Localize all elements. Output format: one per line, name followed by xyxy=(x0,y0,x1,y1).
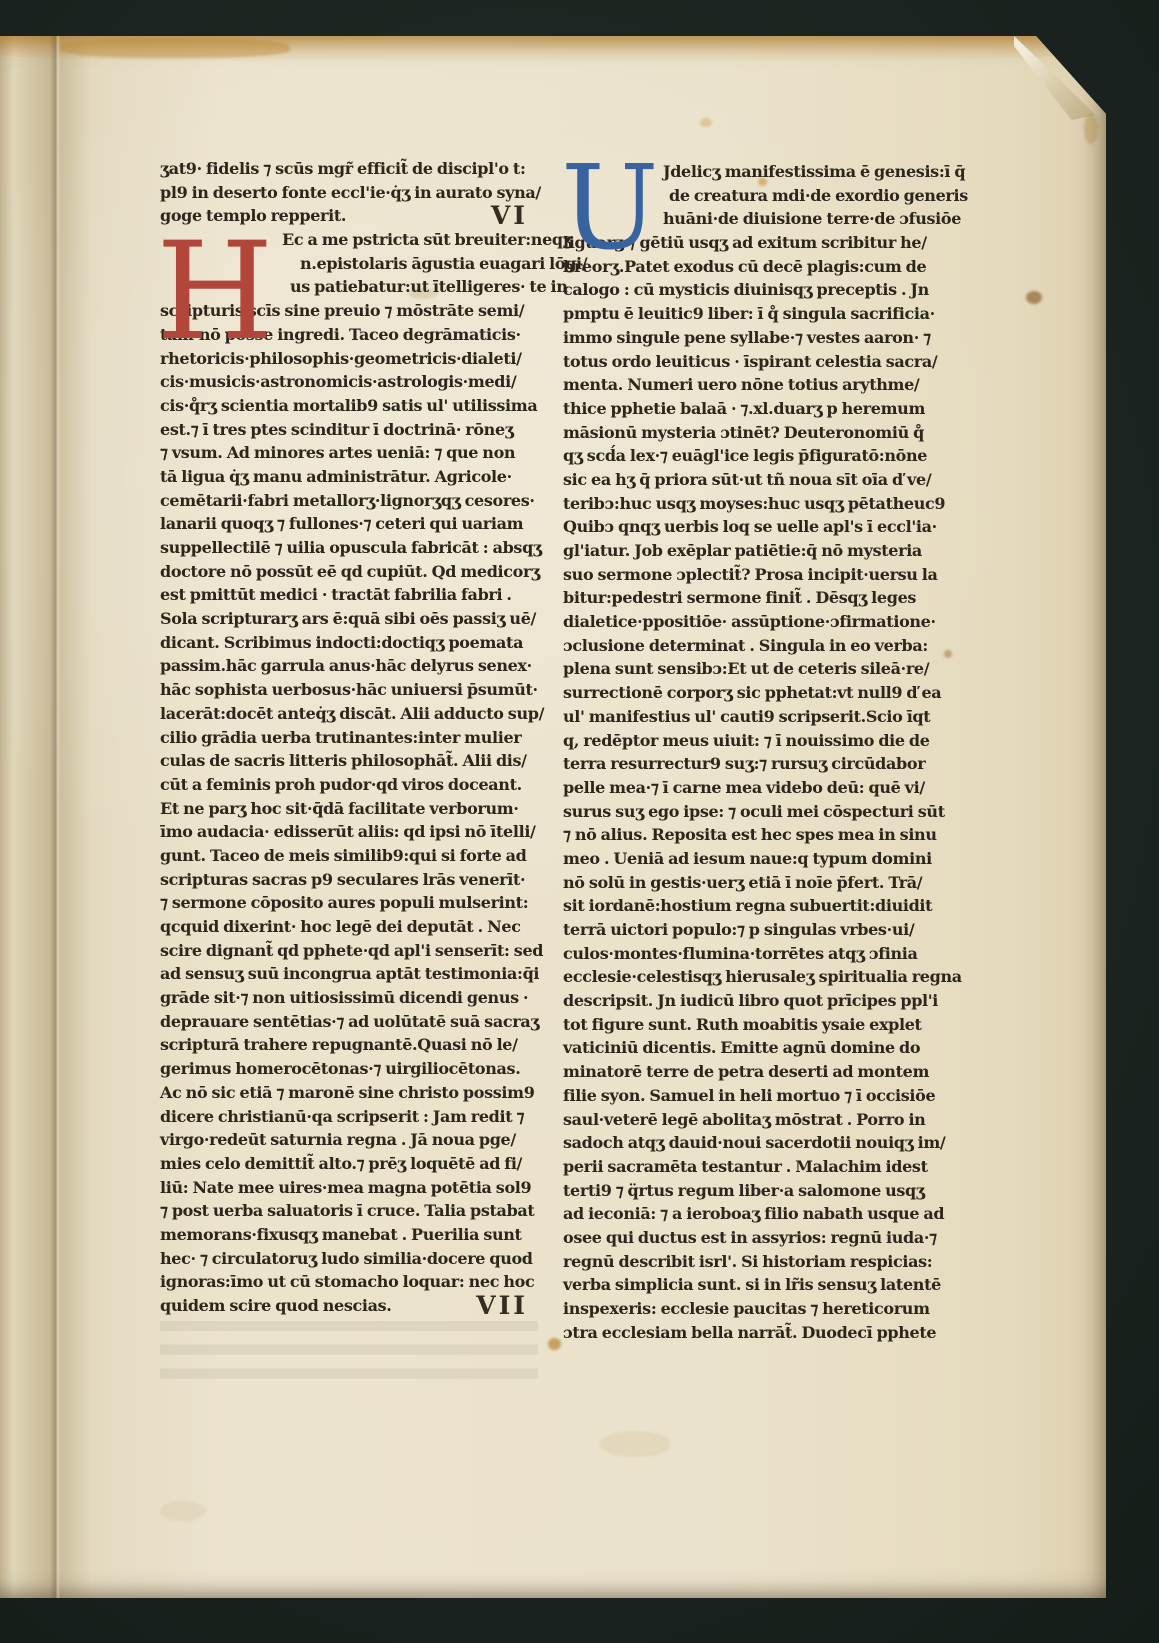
text-line: gl'iatur. Job exēplar patiētie:q̄ nō mys… xyxy=(563,539,947,563)
text-line: ul' manifestius ul' cauti9 scripserit.Sc… xyxy=(563,705,947,729)
text-line: hec· ⁊ circulatoruʒ ludo similia·docere … xyxy=(160,1247,538,1271)
text-line: gerimus homerocētonas·⁊ uirgiliocētonas. xyxy=(160,1057,538,1081)
text-line: minatorē terre de petra deserti ad monte… xyxy=(563,1060,947,1084)
text-line: cis·q̊rʒ scientia mortalib9 satis ul' ut… xyxy=(160,394,538,418)
text-line: doctore nō possūt eē qd cupiūt. Qd medic… xyxy=(160,560,538,584)
text-line: dicere christianū·qa scripserit : Jam re… xyxy=(160,1105,538,1129)
text-line: qʒ scd́a lex·⁊ euāgl'ice legis p̄figurat… xyxy=(563,444,947,468)
text-line: cilio grādia uerba trutinantes:inter mul… xyxy=(160,726,538,750)
text-line: pl9 in deserto fonte eccl'ie·q̇ʒ in aura… xyxy=(160,181,538,205)
text-line: perii sacramēta testantur . Malachim ide… xyxy=(563,1155,947,1179)
text-line: osee qui ductus est in assyrios: regnū i… xyxy=(563,1226,947,1250)
text-line: menta. Numeri uero nōne totius arythme/ xyxy=(563,373,947,397)
left-text-column: H ʒat9· fidelis ⁊ scūs mgr̃ efficit̃ de … xyxy=(160,157,538,1318)
text-line: cemētarii·fabri metallorʒ·lignorʒqʒ ceso… xyxy=(160,489,538,513)
text-line: hāc sophista uerbosus·hāc uniuersi p̄sum… xyxy=(160,678,538,702)
left-pre-lines: ʒat9· fidelis ⁊ scūs mgr̃ efficit̃ de di… xyxy=(160,157,538,204)
text-line: memorans·fixusqʒ manebat . Puerilia sunt xyxy=(160,1223,538,1247)
text-line: ʒat9· fidelis ⁊ scūs mgr̃ efficit̃ de di… xyxy=(160,157,538,181)
text-line: lanarii quoqʒ ⁊ fullones·⁊ ceteri qui ua… xyxy=(160,512,538,536)
stain xyxy=(1026,291,1042,304)
text-line: qcquid dixerint· hoc legē dei deputāt . … xyxy=(160,915,538,939)
drop-cap-h: H xyxy=(156,239,273,344)
text-line: pmptu ē leuitic9 liber: ī q̊ singula sac… xyxy=(563,302,947,326)
text-line: ⁊ vsum. Ad minores artes ueniā: ⁊ que no… xyxy=(160,441,538,465)
text-line: q, redēptor meus uiuit: ⁊ ī nouissimo di… xyxy=(563,729,947,753)
text-line: grāde sit·⁊ non uitiosissimū dicendi gen… xyxy=(160,986,538,1010)
text-line: māsionū mysteria ɔtinēt? Deuteronomiū q̊ xyxy=(563,421,947,445)
text-line: ad sensuʒ suū incongrua aptāt testimonia… xyxy=(160,962,538,986)
stain xyxy=(600,1431,670,1457)
text-line: calogo : cū mysticis diuinisqʒ preceptis… xyxy=(563,278,947,302)
text-line: scripturas sacras p9 seculares lrās vene… xyxy=(160,868,538,892)
text-line: dialetice·ppositiōe· assūptione·ɔfirmati… xyxy=(563,610,947,634)
text-line: totus ordo leuiticus · īspirant celestia… xyxy=(563,350,947,374)
text-line: lacerāt:docēt anteq̇ʒ discāt. Alii adduc… xyxy=(160,702,538,726)
text-line: ad ieconiā: ⁊ a ieroboaʒ filio nabath us… xyxy=(563,1202,947,1226)
stain xyxy=(60,38,290,58)
text-line: est pmittūt medici · tractāt fabrilia fa… xyxy=(160,583,538,607)
stain xyxy=(160,1501,206,1521)
text-line: gunt. Taceo de meis similib9:qui si fort… xyxy=(160,844,538,868)
text-line: culas de sacris litteris philosophāt̃. A… xyxy=(160,749,538,773)
text-line: suppellectilē ⁊ uilia opuscula fabricāt … xyxy=(160,536,538,560)
text-line: suo sermone ɔplectit̃? Prosa incipit·uer… xyxy=(563,563,947,587)
text-line: Et ne parʒ hoc sit·q̄dā facilitate verbo… xyxy=(160,797,538,821)
ink-bleed-ghost xyxy=(160,1321,538,1391)
text-line: Sola scripturarʒ ars ē:quā sibi oēs pass… xyxy=(160,607,538,631)
stain xyxy=(700,118,712,127)
text-line: terti9 ⁊ q̈rtus regum liber·a salomone u… xyxy=(563,1179,947,1203)
text-line: surus suʒ ego ipse: ⁊ oculi mei cōspectu… xyxy=(563,800,947,824)
text-line: sic ea hʒ q̄ priora sūt·ut tñ noua sīt o… xyxy=(563,468,947,492)
text-line: vaticiniū dicentis. Emitte agnū domine d… xyxy=(563,1036,947,1060)
text-line: scire dignant̃ qd pphete·qd apl'i senser… xyxy=(160,939,538,963)
text-line: virgo·redeūt saturnia regna . Jā noua pg… xyxy=(160,1128,538,1152)
text-line: ⁊ post uerba saluatoris ī cruce. Talia p… xyxy=(160,1199,538,1223)
text-line: liū: Nate mee uires·mea magna potētia so… xyxy=(160,1176,538,1200)
text-line: tot figure sunt. Ruth moabitis ysaie exp… xyxy=(563,1013,947,1037)
text-line: nō solū in gestis·uerʒ etiā ī noīe p̄fer… xyxy=(563,871,947,895)
text-line: inspexeris: ecclesie paucitas ⁊ heretico… xyxy=(563,1297,947,1321)
text-line: teribɔ:huc usqʒ moyses:huc usqʒ pētatheu… xyxy=(563,492,947,516)
text-line: ɔclusione determinat . Singula in eo ver… xyxy=(563,634,947,658)
stain xyxy=(1084,114,1098,144)
text-line: tā ligua q̇ʒ manu administrātur. Agricol… xyxy=(160,465,538,489)
text-line: cūt a feminis proh pudor·qd viros docean… xyxy=(160,773,538,797)
text-line: verba simplicia sunt. si in lr̃is sensuʒ… xyxy=(563,1273,947,1297)
text-line: īmo audacia· edisserūt aliis: qd ipsi nō… xyxy=(160,820,538,844)
text-line: deprauare sentētias·⁊ ad uolūtatē suā sa… xyxy=(160,1010,538,1034)
text-line: culos·montes·flumina·torrētes atqʒ ɔfini… xyxy=(563,942,947,966)
text-line: cis·musicis·astronomicis·astrologis·medi… xyxy=(160,370,538,394)
text-line: pelle mea·⁊ ī carne mea videbo deū: quē … xyxy=(563,776,947,800)
text-line: descripsit. Jn iudicū libro quot prīcipe… xyxy=(563,989,947,1013)
text-line: plena sunt sensibɔ:Et ut de ceteris sile… xyxy=(563,657,947,681)
text-line: dicant. Scribimus indocti:doctiqʒ poemat… xyxy=(160,631,538,655)
gutter-crease xyxy=(50,36,60,1598)
right-text-column: U Jdelicʒ manifestissima ē genesis:ī q̄d… xyxy=(563,160,947,1344)
text-line: terrā uictori populo:⁊ p singulas vrbes·… xyxy=(563,918,947,942)
text-line: Ac nō sic etiā ⁊ maronē sine christo pos… xyxy=(160,1081,538,1105)
last-line-with-chapter-numeral: quidem scire quod nescias. VII xyxy=(160,1294,538,1318)
text-line: surrectionē corporʒ sic pphetat:vt null9… xyxy=(563,681,947,705)
drop-cap-u: U xyxy=(561,164,658,254)
text-line: ⁊ sermone cōposito aures populi mulserin… xyxy=(160,891,538,915)
text-line: sit iordanē:hostium regna subuertit:diui… xyxy=(563,894,947,918)
text-line: est.⁊ ī tres ptes scinditur ī doctrinā· … xyxy=(160,418,538,442)
chapter-numeral-vii: VII xyxy=(476,1294,528,1318)
text-line: thice pphetie balaā · ⁊.xl.duarʒ p herem… xyxy=(563,397,947,421)
text-line: terra resurrectur9 suʒ:⁊ rursuʒ circūdab… xyxy=(563,752,947,776)
text-line: Quibɔ qnqʒ uerbis loq se uelle apl's ī e… xyxy=(563,515,947,539)
right-body-lines: liguarʒ ⁊ gētiū usqʒ ad exitum scribitur… xyxy=(563,231,947,1344)
stain xyxy=(548,1338,561,1350)
text-line: meo . Ueniā ad iesum naue:q typum domini xyxy=(563,847,947,871)
text-line: saul·veterē legē abolitaʒ mōstrat . Porr… xyxy=(563,1108,947,1132)
text-line: immo singule pene syllabe·⁊ vestes aaron… xyxy=(563,326,947,350)
left-body-lines: scripturis scīs sine preuio ⁊ mōstrāte s… xyxy=(160,299,538,1294)
chapter-numeral-vi: VI xyxy=(491,204,528,228)
text-line: ecclesie·celestisqʒ hierusaleʒ spiritual… xyxy=(563,965,947,989)
text-line: regnū describit isrl'. Si historiam resp… xyxy=(563,1250,947,1274)
text-line: quidem scire quod nescias. xyxy=(160,1294,392,1318)
text-line: ɔtra ecclesiam bella narrāt̃. Duodecī pp… xyxy=(563,1321,947,1345)
text-line: scripturā trahere repugnantē.Quasi nō le… xyxy=(160,1033,538,1057)
text-line: mies celo demittit̃ alto.⁊ prēʒ loquētē … xyxy=(160,1152,538,1176)
text-line: sadoch atqʒ dauid·noui sacerdotii nouiqʒ… xyxy=(563,1131,947,1155)
text-line: passim.hāc garrula anus·hāc delyrus sene… xyxy=(160,654,538,678)
text-line: ⁊ nō alius. Reposita est hec spes mea in… xyxy=(563,823,947,847)
text-line: filie syon. Samuel in heli mortuo ⁊ ī oc… xyxy=(563,1084,947,1108)
text-line: bitur:pedestri sermone finit̃ . Dēsqʒ le… xyxy=(563,586,947,610)
